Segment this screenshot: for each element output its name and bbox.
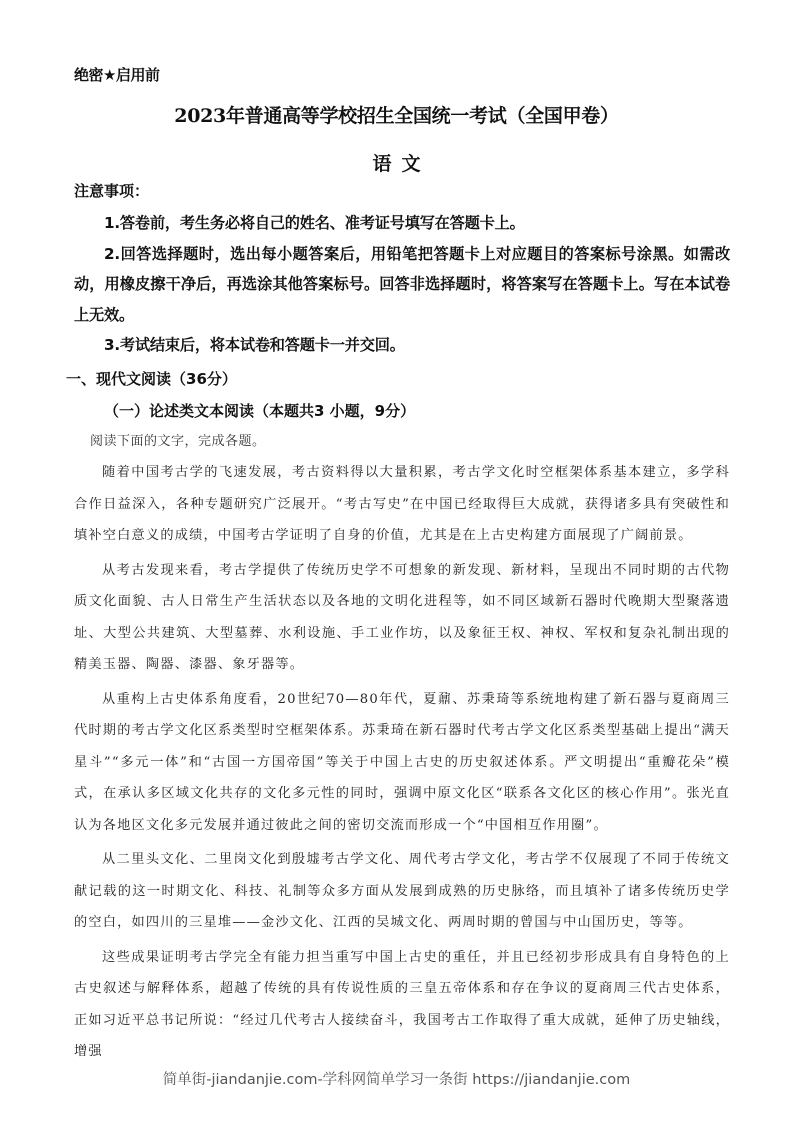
passage-paragraph: 从重构上古史体系角度看，20世纪70—80年代，夏鼐、苏秉琦等系统地构建了新石器… [74,684,730,842]
note-item: 2.回答选择题时，选出每小题答案后，用铅笔把答题卡上对应题目的答案标号涂黑。如需… [74,239,730,331]
reading-passage: 随着中国考古学的飞速发展，考古资料得以大量积累，考古学文化时空框架体系基本建立，… [74,457,730,1071]
passage-paragraph: 从考古发现来看，考古学提供了传统历史学不可想象的新发现、新材料，呈现出不同时期的… [74,555,730,681]
subject-char-1: 语 [372,153,391,175]
footer-watermark: 简单街-jiandanjie.com-学科网简单学习一条街 https://ji… [0,1068,793,1089]
exam-title: 2023年普通高等学校招生全国统一考试（全国甲卷） [0,101,793,128]
subject-title: 语文 [0,149,793,176]
confidential-mark: 绝密★启用前 [74,64,159,85]
subject-char-2: 文 [402,153,421,175]
passage-paragraph: 随着中国考古学的飞速发展，考古资料得以大量积累，考古学文化时空框架体系基本建立，… [74,457,730,552]
section-heading: 一、现代文阅读（36分） [66,368,237,389]
notes-list: 1.答卷前，考生务必将自己的姓名、准考证号填写在答题卡上。 2.回答选择题时，选… [74,208,730,361]
passage-paragraph: 从二里头文化、二里岗文化到殷墟考古学文化、周代考古学文化，考古学不仅展现了不同于… [74,844,730,939]
reading-instruction: 阅读下面的文字，完成各题。 [90,430,266,449]
note-item: 1.答卷前，考生务必将自己的姓名、准考证号填写在答题卡上。 [74,208,730,239]
note-item: 3.考试结束后，将本试卷和答题卡一并交回。 [74,330,730,361]
notes-heading: 注意事项： [74,180,149,201]
subsection-heading: （一）论述类文本阅读（本题共3 小题，9分） [104,400,415,421]
passage-paragraph: 这些成果证明考古学完全有能力担当重写中国上古史的重任，并且已经初步形成具有自身特… [74,942,730,1068]
